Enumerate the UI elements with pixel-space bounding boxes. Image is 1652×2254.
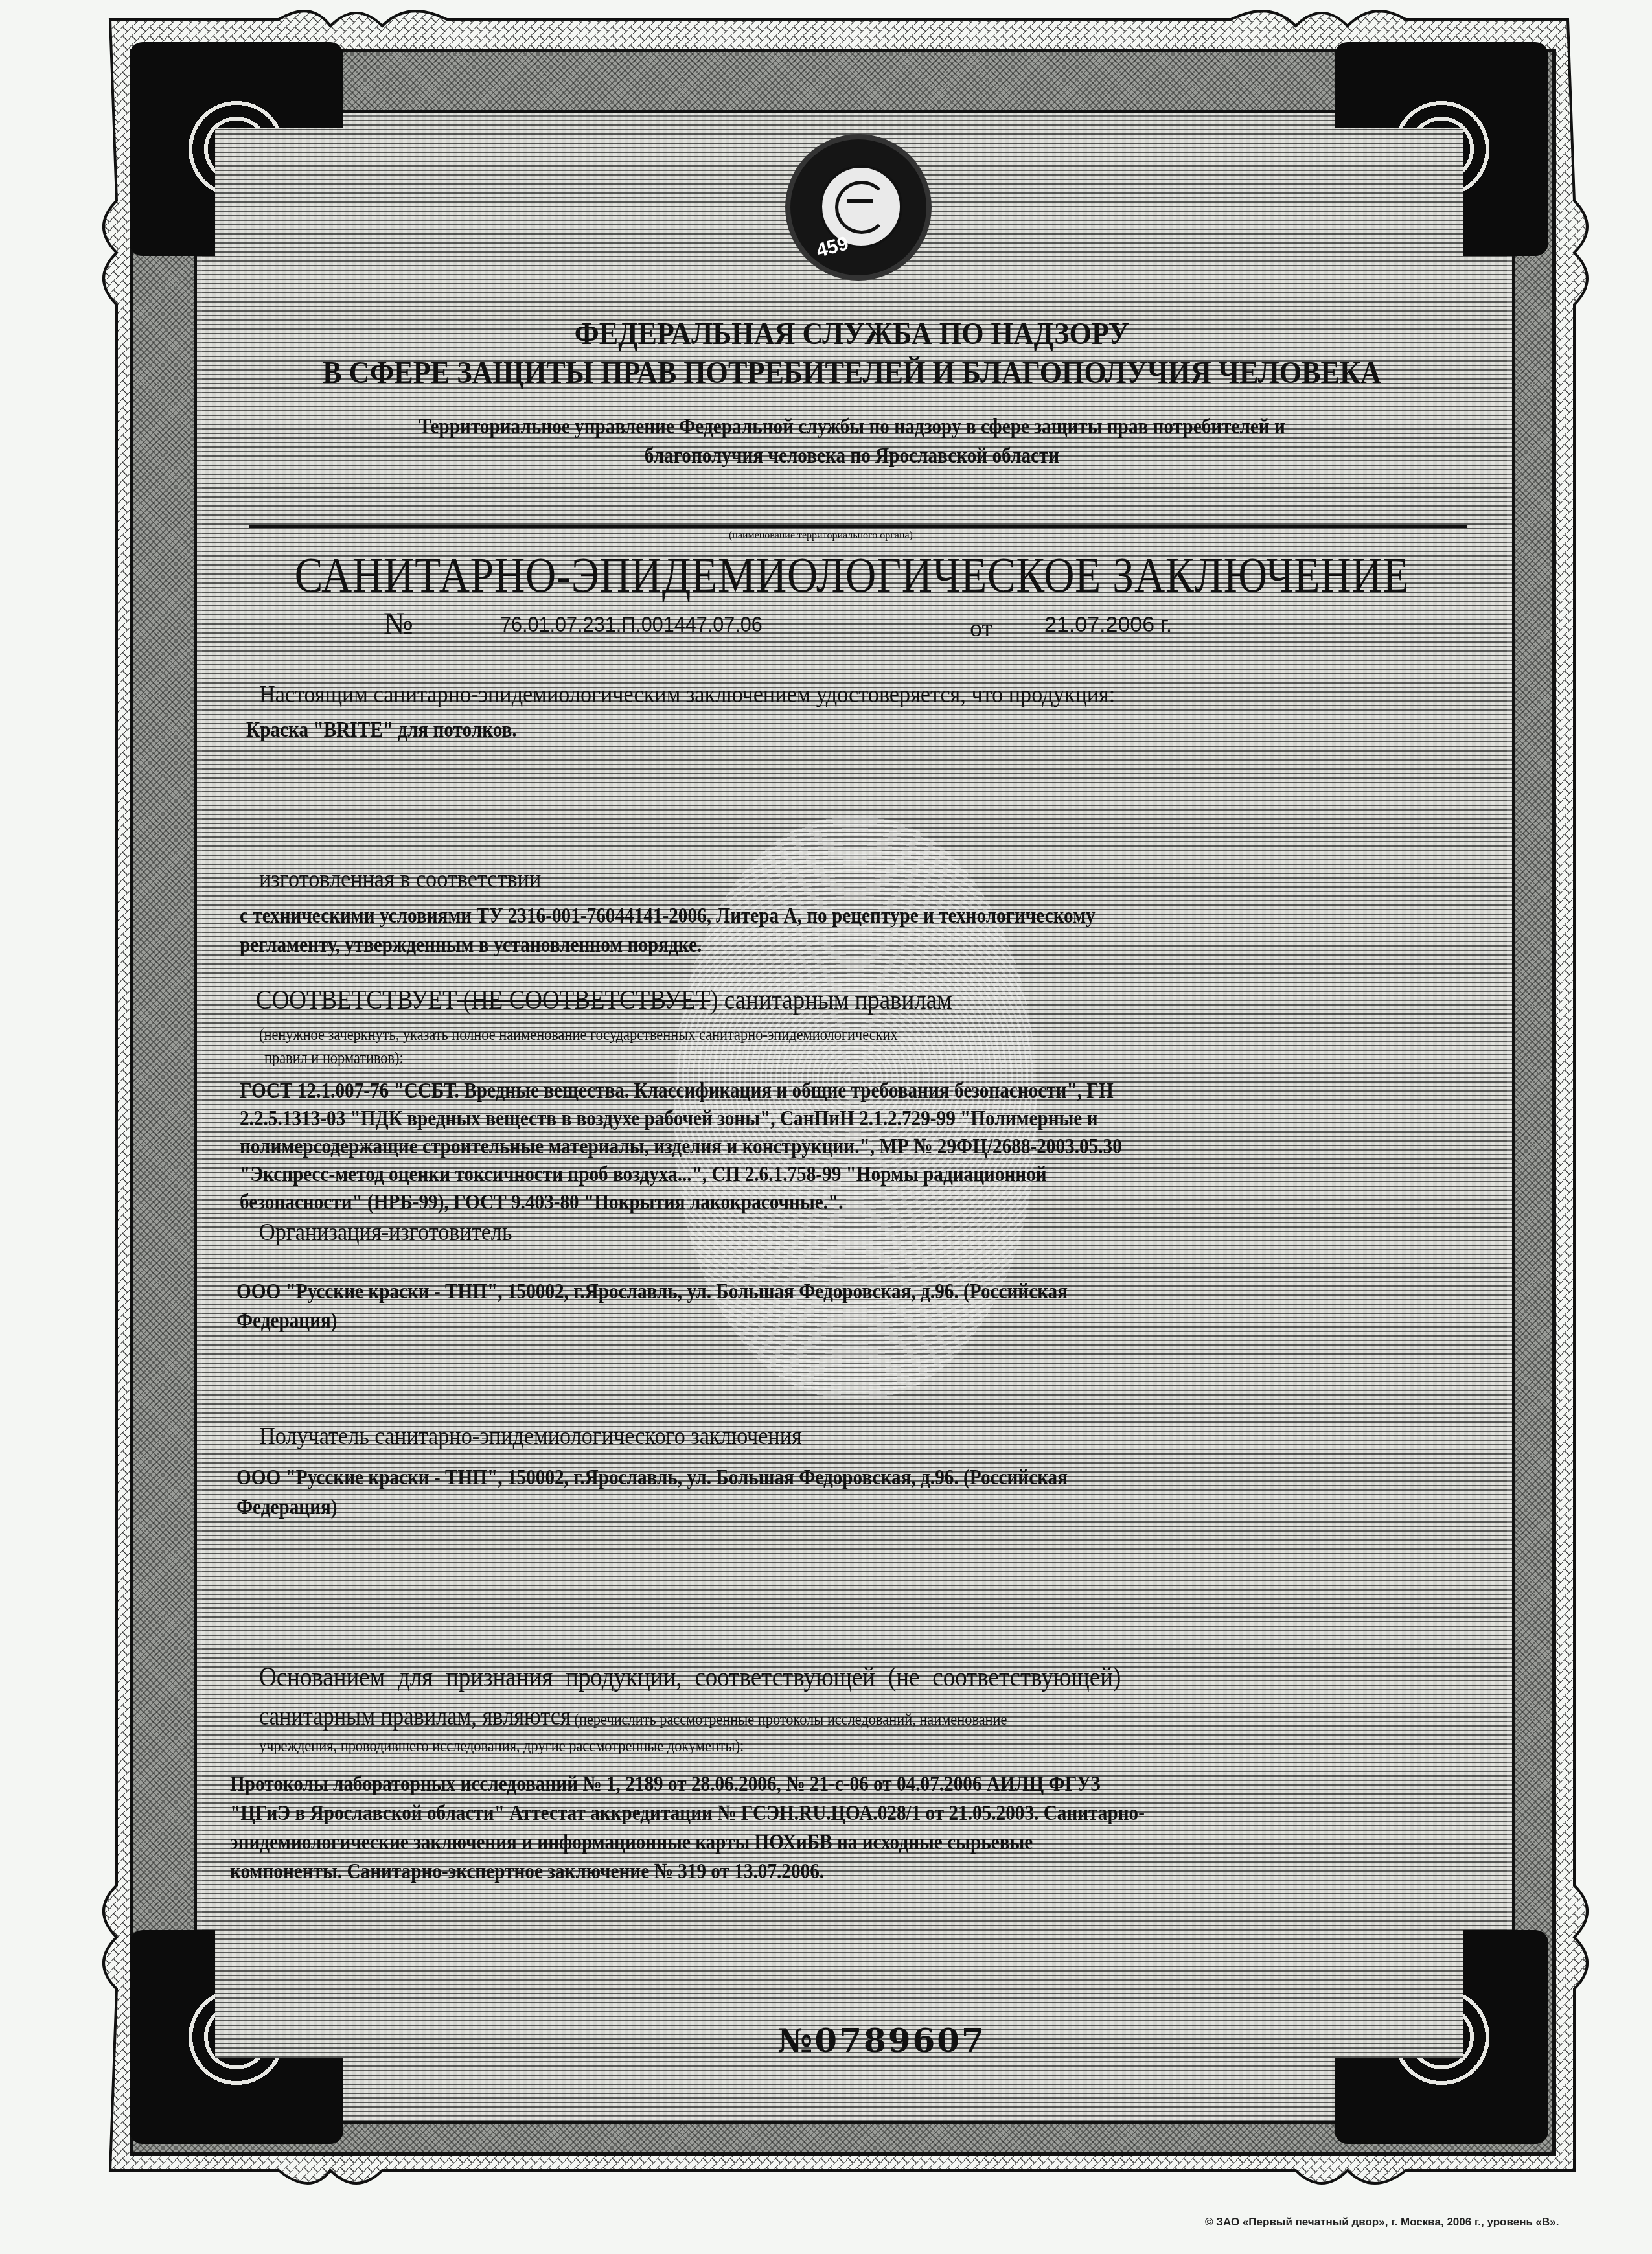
agency-title-line1: ФЕДЕРАЛЬНАЯ СЛУЖБА ПО НАДЗОРУ	[247, 316, 1457, 352]
compliance-rest: ) санитарным правилам	[710, 985, 952, 1015]
basis-label-note: (перечислить рассмотренные протоколы исс…	[571, 1710, 1007, 1729]
rule-line: ГОСТ 12.1.007-76 "ССБТ. Вредные вещества…	[240, 1079, 1114, 1103]
basis-label-line2: санитарным правилам, являются (перечисли…	[259, 1701, 1007, 1731]
number-label: №	[384, 606, 413, 641]
territorial-body-line1: Территориальное управление Федеральной с…	[286, 415, 1417, 439]
conclusion-number: 76.01.07.231.П.001447.07.06	[500, 612, 763, 638]
manufacturer-line2: Федерация)	[236, 1309, 338, 1333]
basis-line: эпидемиологические заключения и информац…	[230, 1830, 1033, 1855]
recipient-label: Получатель санитарно-эпидемиологического…	[259, 1422, 802, 1451]
product-intro: Настоящим санитарно-эпидемиологическим з…	[259, 680, 1115, 709]
certification-emblem-icon: 459	[790, 139, 926, 275]
manufactured-label: изготовленная в соответствии	[259, 865, 541, 893]
printer-copyright: © ЗАО «Первый печатный двор», г. Москва,…	[1205, 2216, 1559, 2229]
manufactured-line1: с техническими условиями ТУ 2316-001-760…	[240, 904, 1096, 928]
complies-text: СООТВЕТСТВУЕТ	[256, 985, 457, 1015]
recipient-line1: ООО "Русские краски - ТНП", 150002, г.Яр…	[236, 1466, 1068, 1490]
emblem-number: 459	[814, 233, 851, 262]
rule-line: 2.2.5.1313-03 "ПДК вредных веществ в воз…	[240, 1107, 1098, 1131]
product-name: Краска "BRITE" для потолков.	[246, 718, 517, 742]
manufactured-line2: регламенту, утвержденным в установленном…	[240, 933, 702, 958]
basis-line: компоненты. Санитарно-экспертное заключе…	[230, 1859, 824, 1884]
manufacturer-label: Организация-изготовитель	[259, 1218, 512, 1247]
recipient-line2: Федерация)	[236, 1495, 338, 1520]
document-title: САНИТАРНО-ЭПИДЕМИОЛОГИЧЕСКОЕ ЗАКЛЮЧЕНИЕ	[286, 547, 1417, 604]
date-label: от	[970, 614, 992, 643]
compliance-note-line2: правил и нормативов):	[264, 1048, 404, 1068]
territorial-caption: (наименование территориального органа)	[729, 530, 913, 542]
not-complies-struck-text: (НЕ СООТВЕТСТВУЕТ	[457, 985, 711, 1015]
agency-title-line2: В СФЕРЕ ЗАЩИТЫ ПРАВ ПОТРЕБИТЕЛЕЙ И БЛАГО…	[247, 355, 1457, 391]
rule-line: "Экспресс-метод оценки токсичности проб …	[240, 1162, 1047, 1187]
basis-label-line1: Основанием для признания продукции, соот…	[259, 1662, 1121, 1693]
manufacturer-line1: ООО "Русские краски - ТНП", 150002, г.Яр…	[236, 1280, 1068, 1304]
form-serial-number: №0789607	[777, 2021, 986, 2060]
compliance-note-line1: (ненужное зачеркнуть, указать полное наи…	[259, 1025, 898, 1044]
basis-label-main: санитарным правилам, являются	[259, 1701, 571, 1731]
conclusion-date: 21.07.2006 г.	[1044, 612, 1172, 638]
basis-label-line3: учреждения, проводившего исследования, д…	[259, 1736, 744, 1756]
compliance-statement: СООТВЕТСТВУЕТ (НЕ СООТВЕТСТВУЕТ) санитар…	[256, 985, 952, 1016]
territorial-body-line2: благополучия человека по Ярославской обл…	[286, 444, 1417, 468]
basis-line: Протоколы лабораторных исследований № 1,…	[230, 1772, 1101, 1797]
basis-line: "ЦГиЭ в Ярославской области" Аттестат ак…	[230, 1801, 1145, 1826]
rule-line: полимерсодержащие строительные материалы…	[240, 1134, 1122, 1159]
divider	[249, 525, 1467, 528]
rule-line: безопасности" (НРБ-99), ГОСТ 9.403-80 "П…	[240, 1190, 843, 1215]
